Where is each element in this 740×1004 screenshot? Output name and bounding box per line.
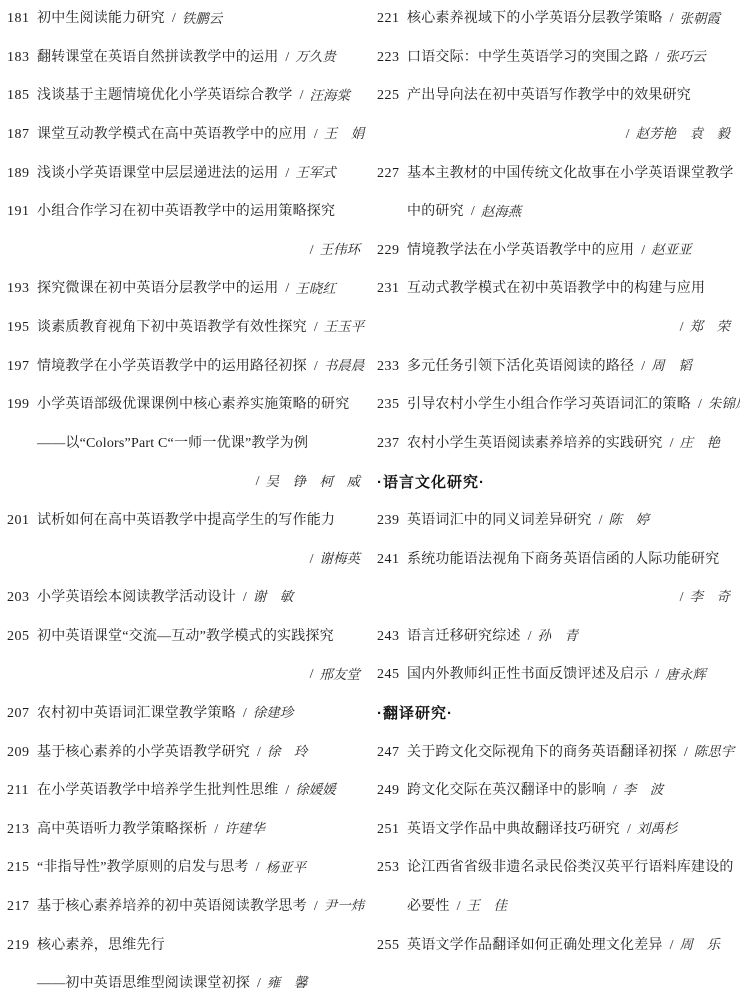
entry-title: 初中英语课堂“交流—互动”教学模式的实践探究 <box>37 630 334 644</box>
entry-number: 253 <box>377 861 407 875</box>
entry-author: 杨亚平 <box>266 862 307 876</box>
toc-row: 239英语词汇中的同义词差异研究/陈 婷 <box>370 502 740 541</box>
toc-row: 211在小学英语教学中培养学生批判性思维/徐媛媛 <box>0 772 370 811</box>
entry-author: 尹一炜 <box>324 900 365 914</box>
entry-number: 239 <box>377 514 407 528</box>
entry-title: 系统功能语法视角下商务英语信函的人际功能研究 <box>407 553 719 567</box>
toc-row: /王伟环 <box>0 232 370 271</box>
toc-row: ——以“Colors”Part C“一师一优课”教学为例 <box>0 425 370 464</box>
toc-row: 255英语文学作品翻译如何正确处理文化差异/周 乐 <box>370 926 740 965</box>
toc-row: 217基于核心素养培养的初中英语阅读教学思考/尹一炜 <box>0 888 370 927</box>
entry-number: 199 <box>7 398 37 412</box>
entry-author: 徐媛媛 <box>295 784 336 798</box>
toc-row: 215“非指导性”教学原则的启发与思考/杨亚平 <box>0 849 370 888</box>
entry-title: 基本主教材的中国传统文化故事在小学英语课堂教学 <box>407 167 734 181</box>
author-separator: / <box>243 707 247 721</box>
author-separator: / <box>684 746 688 760</box>
entry-title: 小学英语绘本阅读教学活动设计 <box>37 591 236 605</box>
toc-row: 209基于核心素养的小学英语教学研究/徐 玲 <box>0 733 370 772</box>
toc-row: /邢友堂 <box>0 656 370 695</box>
entry-author: 书晨晨 <box>324 360 365 374</box>
author-separator: / <box>680 321 684 335</box>
toc-row: 181初中生阅读能力研究/铁鹏云 <box>0 0 370 39</box>
entry-number: 247 <box>377 746 407 760</box>
toc-column-left: 181初中生阅读能力研究/铁鹏云183翻转课堂在英语自然拼读教学中的运用/万久贵… <box>0 0 370 1004</box>
entry-number: 233 <box>377 360 407 374</box>
toc-row: 247关于跨文化交际视角下的商务英语翻译初探/陈思宇 <box>370 733 740 772</box>
entry-title: 引导农村小学生小组合作学习英语词汇的策略 <box>407 398 691 412</box>
entry-title: 互动式教学模式在初中英语教学中的构建与应用 <box>407 282 705 296</box>
toc-row: 243语言迁移研究综述/孙 青 <box>370 618 740 657</box>
entry-author: 赵芳艳 袁 毅 <box>636 128 731 142</box>
entry-title: 核心素养，思维先行 <box>37 939 165 953</box>
entry-title: 基于核心素养培养的初中英语阅读教学思考 <box>37 900 307 914</box>
entry-title: 浅谈基于主题情境优化小学英语综合教学 <box>37 89 293 103</box>
toc-row: 227基本主教材的中国传统文化故事在小学英语课堂教学 <box>370 154 740 193</box>
entry-number: 229 <box>377 244 407 258</box>
entry-number: 249 <box>377 784 407 798</box>
entry-author: 雍 馨 <box>267 977 308 991</box>
author-separator: / <box>627 823 631 837</box>
toc-row: 221核心素养视域下的小学英语分层教学策略/张朝霞 <box>370 0 740 39</box>
entry-number: 191 <box>7 205 37 219</box>
toc-row: 229情境教学法在小学英语教学中的应用/赵亚亚 <box>370 232 740 271</box>
entry-number: 211 <box>7 784 37 798</box>
entry-number: 217 <box>7 900 37 914</box>
toc-row: 191小组合作学习在初中英语教学中的运用策略探究 <box>0 193 370 232</box>
entry-title: 必要性 <box>407 900 450 914</box>
entry-author: 李 奇 <box>690 591 731 605</box>
entry-number: 205 <box>7 630 37 644</box>
entry-title: ——初中英语思维型阅读课堂初探 <box>37 977 250 991</box>
entry-author: 张朝霞 <box>680 13 721 27</box>
entry-author: 郑 荣 <box>690 321 731 335</box>
entry-number: 251 <box>377 823 407 837</box>
author-separator: / <box>670 437 674 451</box>
entry-author: 王玉平 <box>324 321 365 335</box>
entry-number: 189 <box>7 167 37 181</box>
toc-row: 233多元任务引领下活化英语阅读的路径/周 韬 <box>370 347 740 386</box>
toc-row: 225产出导向法在初中英语写作教学中的效果研究 <box>370 77 740 116</box>
entry-title: 关于跨文化交际视角下的商务英语翻译初探 <box>407 746 677 760</box>
entry-title: 情境教学在小学英语教学中的运用路径初探 <box>37 360 307 374</box>
entry-author: 王 佳 <box>467 900 508 914</box>
toc-row: 231互动式教学模式在初中英语教学中的构建与应用 <box>370 270 740 309</box>
entry-author: 汪海棠 <box>310 90 351 104</box>
entry-number: 245 <box>377 668 407 682</box>
toc-row: 253论江西省省级非遗名录民俗类汉英平行语料库建设的 <box>370 849 740 888</box>
author-separator: / <box>670 12 674 26</box>
toc-row: 251英语文学作品中典故翻译技巧研究/刘禹杉 <box>370 810 740 849</box>
author-separator: / <box>243 591 247 605</box>
entry-title: 论江西省省级非遗名录民俗类汉英平行语料库建设的 <box>407 861 734 875</box>
entry-number: 243 <box>377 630 407 644</box>
entry-title: 高中英语听力教学策略探析 <box>37 823 207 837</box>
entry-author: 王军式 <box>295 167 336 181</box>
author-separator: / <box>641 244 645 258</box>
entry-title: 小组合作学习在初中英语教学中的运用策略探究 <box>37 205 335 219</box>
entry-number: 201 <box>7 514 37 528</box>
toc-row: 185浅谈基于主题情境优化小学英语综合教学/汪海棠 <box>0 77 370 116</box>
toc-row: 189浅谈小学英语课堂中层层递进法的运用/王军式 <box>0 154 370 193</box>
entry-title: 农村小学生英语阅读素养培养的实践研究 <box>407 437 663 451</box>
author-separator: / <box>457 900 461 914</box>
author-separator: / <box>641 360 645 374</box>
entry-number: 255 <box>377 939 407 953</box>
author-separator: / <box>256 475 260 489</box>
entry-number: 225 <box>377 89 407 103</box>
entry-number: 207 <box>7 707 37 721</box>
entry-author: 铁鹏云 <box>182 13 223 27</box>
entry-title: 在小学英语教学中培养学生批判性思维 <box>37 784 278 798</box>
entry-author: 周 韬 <box>651 360 692 374</box>
entry-author: 周 乐 <box>680 939 721 953</box>
entry-title: ——以“Colors”Part C“一师一优课”教学为例 <box>37 437 308 451</box>
entry-author: 张巧云 <box>665 51 706 65</box>
entry-number: 203 <box>7 591 37 605</box>
toc-row: 205初中英语课堂“交流—互动”教学模式的实践探究 <box>0 618 370 657</box>
author-separator: / <box>257 977 261 991</box>
entry-title: 小学英语部级优课课例中核心素养实施策略的研究 <box>37 398 349 412</box>
entry-title: “非指导性”教学原则的启发与思考 <box>37 861 249 875</box>
entry-title: 跨文化交际在英汉翻译中的影响 <box>407 784 606 798</box>
toc-row: /李 奇 <box>370 579 740 618</box>
entry-author: 孙 青 <box>538 630 579 644</box>
author-separator: / <box>655 668 659 682</box>
author-separator: / <box>314 128 318 142</box>
toc-row: 201试析如何在高中英语教学中提高学生的写作能力 <box>0 502 370 541</box>
entry-title: 谈素质教育视角下初中英语教学有效性探究 <box>37 321 307 335</box>
entry-author: 吴 铮 柯 威 <box>266 476 361 490</box>
section-header-row: ·翻译研究· <box>370 695 740 734</box>
author-separator: / <box>310 553 314 567</box>
entry-author: 赵亚亚 <box>651 244 692 258</box>
author-separator: / <box>599 514 603 528</box>
entry-title: 英语文学作品翻译如何正确处理文化差异 <box>407 939 663 953</box>
entry-title: 农村初中英语词汇课堂教学策略 <box>37 707 236 721</box>
toc-row: /吴 铮 柯 威 <box>0 463 370 502</box>
author-separator: / <box>471 205 475 219</box>
entry-title: 核心素养视域下的小学英语分层教学策略 <box>407 12 663 26</box>
entry-title: 基于核心素养的小学英语教学研究 <box>37 746 250 760</box>
author-separator: / <box>310 668 314 682</box>
entry-title: 情境教学法在小学英语教学中的应用 <box>407 244 634 258</box>
entry-author: 朱锦凤 <box>708 398 740 412</box>
author-separator: / <box>172 12 176 26</box>
toc-row: 223口语交际：中学生英语学习的突围之路/张巧云 <box>370 39 740 78</box>
author-separator: / <box>655 51 659 65</box>
entry-title: 口语交际：中学生英语学习的突围之路 <box>407 51 648 65</box>
entry-title: 探究微课在初中英语分层教学中的运用 <box>37 282 278 296</box>
author-separator: / <box>613 784 617 798</box>
toc-row: 187课堂互动教学模式在高中英语教学中的应用/王 娟 <box>0 116 370 155</box>
toc-row: 213高中英语听力教学策略探析/许建华 <box>0 810 370 849</box>
entry-number: 185 <box>7 89 37 103</box>
entry-number: 209 <box>7 746 37 760</box>
section-header: ·语言文化研究· <box>377 475 485 490</box>
entry-number: 223 <box>377 51 407 65</box>
entry-number: 219 <box>7 939 37 953</box>
entry-number: 215 <box>7 861 37 875</box>
entry-title: 英语文学作品中典故翻译技巧研究 <box>407 823 620 837</box>
author-separator: / <box>314 360 318 374</box>
entry-number: 213 <box>7 823 37 837</box>
toc-row: 241系统功能语法视角下商务英语信函的人际功能研究 <box>370 540 740 579</box>
entry-title: 国内外教师纠正性书面反馈评述及启示 <box>407 668 648 682</box>
toc-row: 249跨文化交际在英汉翻译中的影响/李 波 <box>370 772 740 811</box>
toc-row: 193探究微课在初中英语分层教学中的运用/王晓红 <box>0 270 370 309</box>
section-header: ·翻译研究· <box>377 706 453 721</box>
entry-number: 231 <box>377 282 407 296</box>
entry-title: 多元任务引领下活化英语阅读的路径 <box>407 360 634 374</box>
toc-row: 235引导农村小学生小组合作学习英语词汇的策略/朱锦凤 <box>370 386 740 425</box>
author-separator: / <box>528 630 532 644</box>
author-separator: / <box>285 51 289 65</box>
entry-author: 谢 敏 <box>253 591 294 605</box>
toc-row: 199小学英语部级优课课例中核心素养实施策略的研究 <box>0 386 370 425</box>
author-separator: / <box>626 128 630 142</box>
toc-row: /谢梅英 <box>0 540 370 579</box>
entry-title: 产出导向法在初中英语写作教学中的效果研究 <box>407 89 691 103</box>
entry-number: 195 <box>7 321 37 335</box>
entry-number: 181 <box>7 12 37 26</box>
entry-author: 王 娟 <box>324 128 365 142</box>
toc-page: 181初中生阅读能力研究/铁鹏云183翻转课堂在英语自然拼读教学中的运用/万久贵… <box>0 0 740 1004</box>
entry-author: 李 波 <box>623 784 664 798</box>
entry-author: 唐永辉 <box>665 669 706 683</box>
entry-title: 试析如何在高中英语教学中提高学生的写作能力 <box>37 514 335 528</box>
toc-row: 219核心素养，思维先行 <box>0 926 370 965</box>
entry-author: 王晓红 <box>295 283 336 297</box>
toc-row: /赵芳艳 袁 毅 <box>370 116 740 155</box>
entry-title: 语言迁移研究综述 <box>407 630 521 644</box>
author-separator: / <box>285 167 289 181</box>
author-separator: / <box>256 861 260 875</box>
toc-row: 195谈素质教育视角下初中英语教学有效性探究/王玉平 <box>0 309 370 348</box>
entry-author: 赵海燕 <box>481 206 522 220</box>
author-separator: / <box>680 591 684 605</box>
entry-number: 235 <box>377 398 407 412</box>
author-separator: / <box>314 321 318 335</box>
entry-author: 徐建珍 <box>253 707 294 721</box>
entry-number: 227 <box>377 167 407 181</box>
author-separator: / <box>698 398 702 412</box>
author-separator: / <box>670 939 674 953</box>
entry-title: 翻转课堂在英语自然拼读教学中的运用 <box>37 51 278 65</box>
toc-row: 必要性/王 佳 <box>370 888 740 927</box>
entry-author: 邢友堂 <box>320 669 361 683</box>
toc-row: ——初中英语思维型阅读课堂初探/雍 馨 <box>0 965 370 1004</box>
entry-number: 241 <box>377 553 407 567</box>
entry-author: 谢梅英 <box>320 553 361 567</box>
entry-number: 221 <box>377 12 407 26</box>
author-separator: / <box>300 89 304 103</box>
toc-row: 207农村初中英语词汇课堂教学策略/徐建珍 <box>0 695 370 734</box>
entry-number: 193 <box>7 282 37 296</box>
toc-row: 197情境教学在小学英语教学中的运用路径初探/书晨晨 <box>0 347 370 386</box>
entry-author: 陈 婷 <box>609 514 650 528</box>
entry-author: 万久贵 <box>295 51 336 65</box>
toc-row: 中的研究/赵海燕 <box>370 193 740 232</box>
entry-title: 课堂互动教学模式在高中英语教学中的应用 <box>37 128 307 142</box>
entry-title: 英语词汇中的同义词差异研究 <box>407 514 592 528</box>
toc-row: 245国内外教师纠正性书面反馈评述及启示/唐永辉 <box>370 656 740 695</box>
section-header-row: ·语言文化研究· <box>370 463 740 502</box>
entry-author: 许建华 <box>224 823 265 837</box>
entry-number: 187 <box>7 128 37 142</box>
author-separator: / <box>285 282 289 296</box>
entry-author: 徐 玲 <box>267 746 308 760</box>
author-separator: / <box>214 823 218 837</box>
entry-author: 刘禹杉 <box>637 823 678 837</box>
entry-author: 王伟环 <box>320 244 361 258</box>
author-separator: / <box>257 746 261 760</box>
author-separator: / <box>285 784 289 798</box>
author-separator: / <box>314 900 318 914</box>
entry-number: 237 <box>377 437 407 451</box>
entry-title: 浅谈小学英语课堂中层层递进法的运用 <box>37 167 278 181</box>
toc-column-right: 221核心素养视域下的小学英语分层教学策略/张朝霞223口语交际：中学生英语学习… <box>370 0 740 1004</box>
entry-number: 197 <box>7 360 37 374</box>
entry-title: 初中生阅读能力研究 <box>37 12 165 26</box>
entry-number: 183 <box>7 51 37 65</box>
entry-title: 中的研究 <box>407 205 464 219</box>
entry-author: 庄 艳 <box>680 437 721 451</box>
author-separator: / <box>310 244 314 258</box>
toc-row: /郑 荣 <box>370 309 740 348</box>
toc-row: 237农村小学生英语阅读素养培养的实践研究/庄 艳 <box>370 425 740 464</box>
toc-row: 203小学英语绘本阅读教学活动设计/谢 敏 <box>0 579 370 618</box>
entry-author: 陈思宇 <box>694 746 735 760</box>
toc-row: 183翻转课堂在英语自然拼读教学中的运用/万久贵 <box>0 39 370 78</box>
